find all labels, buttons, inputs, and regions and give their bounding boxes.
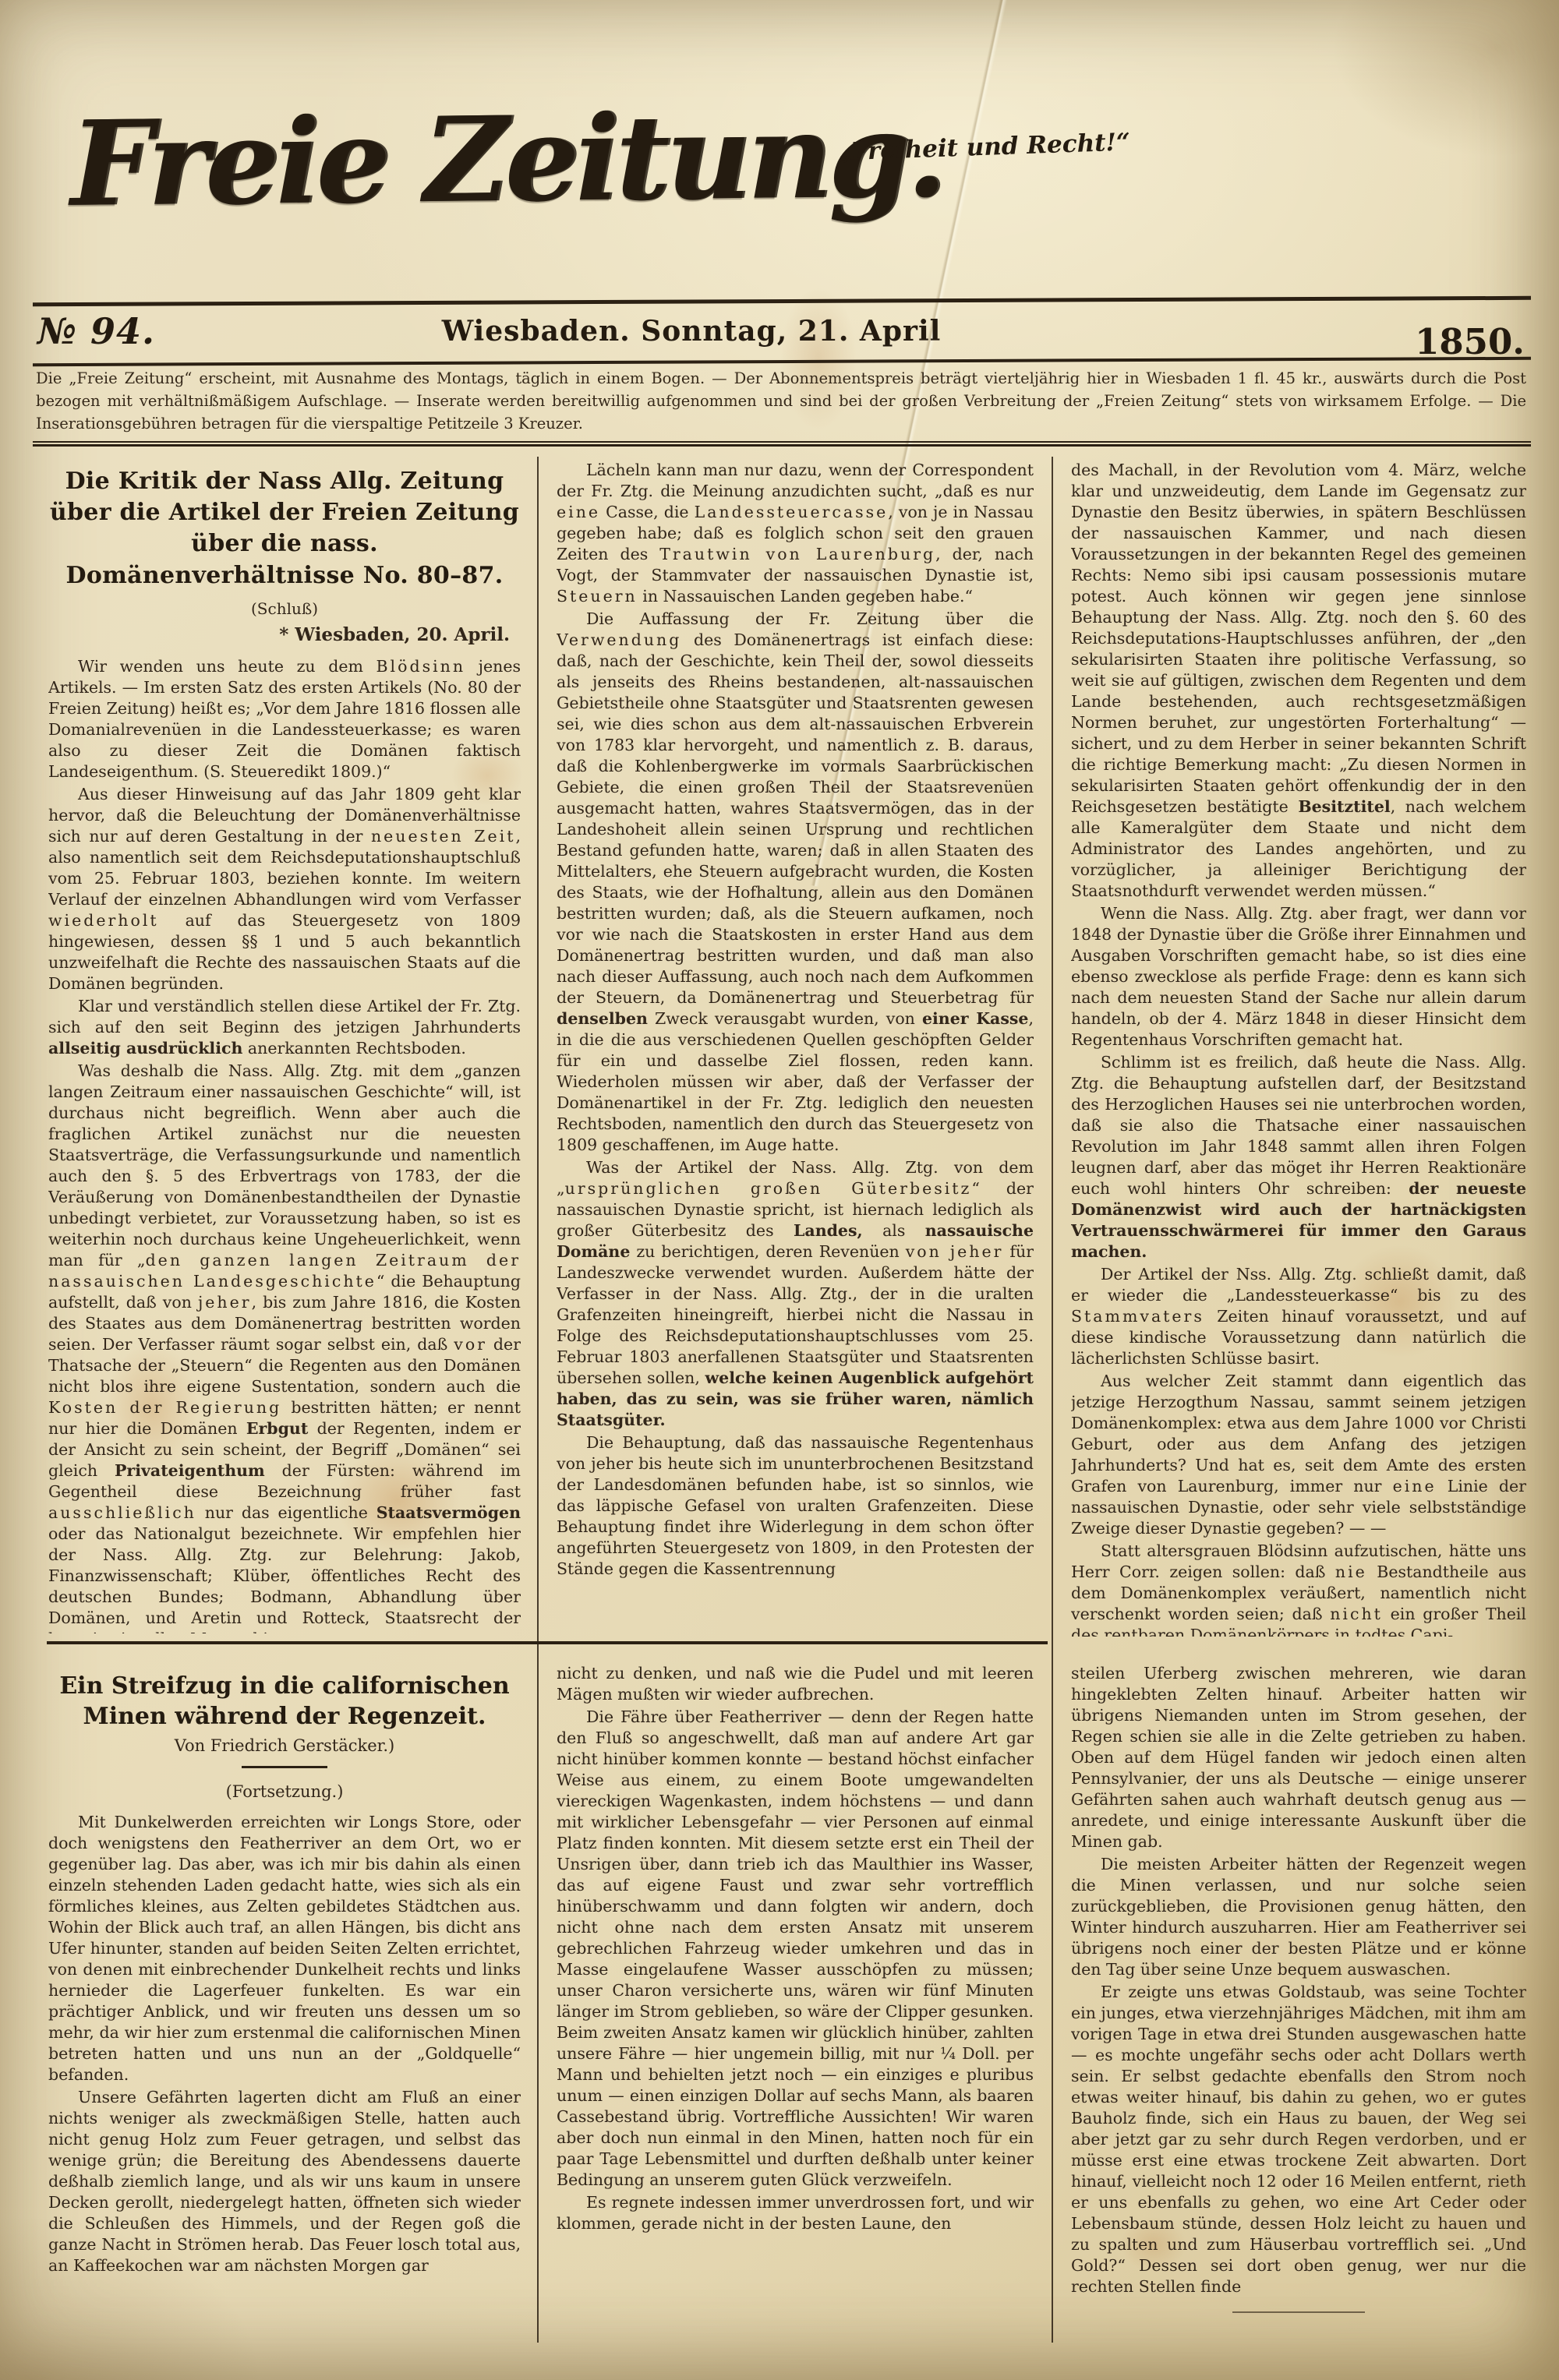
newspaper-page: Freie Zeitung. „Freiheit und Recht!“ № 9…: [0, 0, 1559, 2380]
article1-col2-text: Lächeln kann man nur dazu, wenn der Corr…: [557, 460, 1034, 1580]
issue-number: № 94.: [37, 310, 155, 352]
paragraph: Wenn die Nass. Allg. Ztg. aber fragt, we…: [1071, 903, 1526, 1051]
paragraph: Statt altersgrauen Blödsinn aufzutischen…: [1071, 1541, 1526, 1637]
paragraph: Wir wenden uns heute zu dem Blödsinn jen…: [48, 656, 521, 782]
paragraph: Es regnete indessen immer unverdrossen f…: [557, 2192, 1034, 2234]
article2-column-3: steilen Uferberg zwischen mehreren, wie …: [1071, 1663, 1526, 2349]
paragraph: Die meisten Arbeiter hätten der Regenzei…: [1071, 1854, 1526, 1980]
article2-continuation-note: (Fortsetzung.): [48, 1782, 521, 1801]
article1-col1-text: Wir wenden uns heute zu dem Blödsinn jen…: [48, 656, 521, 1633]
double-rule: [33, 441, 1531, 447]
paragraph: Er zeigte uns etwas Goldstaub, was seine…: [1071, 1982, 1526, 2297]
paragraph: Die Behauptung, daß das nassauische Rege…: [557, 1432, 1034, 1580]
dateline-row: № 94. Wiesbaden. Sonntag, 21. April 1850…: [37, 304, 1525, 358]
article2-col1-text: Mit Dunkelwerden erreichten wir Longs St…: [48, 1812, 521, 2276]
column-divider: [1052, 457, 1053, 2343]
paragraph: Lächeln kann man nur dazu, wenn der Corr…: [557, 460, 1034, 607]
paragraph: Was deshalb die Nass. Allg. Ztg. mit dem…: [48, 1061, 521, 1633]
article2-byline: Von Friedrich Gerstäcker.): [48, 1736, 521, 1755]
article1-column-1: Die Kritik der Nass Allg. Zeitung über d…: [48, 466, 521, 1633]
end-rule: [1232, 2311, 1365, 2313]
article2-headline: Ein Streifzug in die californischen Mine…: [48, 1671, 521, 1732]
article2-column-1: Ein Streifzug in die californischen Mine…: [48, 1658, 521, 2350]
paragraph: Unsere Gefährten lagerten dicht am Fluß …: [48, 2087, 521, 2276]
dateline-year: 1850.: [1415, 301, 1525, 362]
article1-subhead: (Schluß): [48, 599, 521, 618]
paragraph: Die Auffassung der Fr. Zeitung über die …: [557, 609, 1034, 1156]
article1-dateline: * Wiesbaden, 20. April.: [48, 624, 521, 645]
paragraph: Aus dieser Hinweisung auf das Jahr 1809 …: [48, 784, 521, 994]
article2-col2-text: nicht zu denken, und naß wie die Pudel u…: [557, 1663, 1034, 2234]
article1-column-2: Lächeln kann man nur dazu, wenn der Corr…: [557, 460, 1034, 1635]
column-divider: [537, 457, 539, 2343]
paragraph: Schlimm ist es freilich, daß heute die N…: [1071, 1052, 1526, 1262]
paragraph: Mit Dunkelwerden erreichten wir Longs St…: [48, 1812, 521, 2085]
article2-column-2: nicht zu denken, und naß wie die Pudel u…: [557, 1663, 1034, 2350]
paragraph: Klar und verständlich stellen diese Arti…: [48, 996, 521, 1059]
dateline-place-date: Wiesbaden. Sonntag, 21. April: [442, 315, 942, 348]
paragraph: Die Fähre über Featherriver — denn der R…: [557, 1707, 1034, 2191]
paragraph: steilen Uferberg zwischen mehreren, wie …: [1071, 1663, 1526, 1852]
paragraph: Was der Artikel der Nass. Allg. Ztg. von…: [557, 1157, 1034, 1431]
paragraph: Der Artikel der Nss. Allg. Ztg. schließt…: [1071, 1264, 1526, 1369]
paragraph: Aus welcher Zeit stammt dann eigentlich …: [1071, 1371, 1526, 1539]
article1-headline: Die Kritik der Nass Allg. Zeitung über d…: [48, 466, 521, 591]
article1-column-3: des Machall, in der Revolution vom 4. Mä…: [1071, 460, 1526, 1637]
section-divider-rule: [47, 1641, 1048, 1644]
article1-col3-text: des Machall, in der Revolution vom 4. Mä…: [1071, 460, 1526, 1637]
imprint-text: Die „Freie Zeitung“ erscheint, mit Ausna…: [36, 368, 1526, 436]
byline-rule: [242, 1766, 327, 1768]
article2-col3-text: steilen Uferberg zwischen mehreren, wie …: [1071, 1663, 1526, 2297]
paragraph: nicht zu denken, und naß wie die Pudel u…: [557, 1663, 1034, 1705]
paragraph: des Machall, in der Revolution vom 4. Mä…: [1071, 460, 1526, 902]
